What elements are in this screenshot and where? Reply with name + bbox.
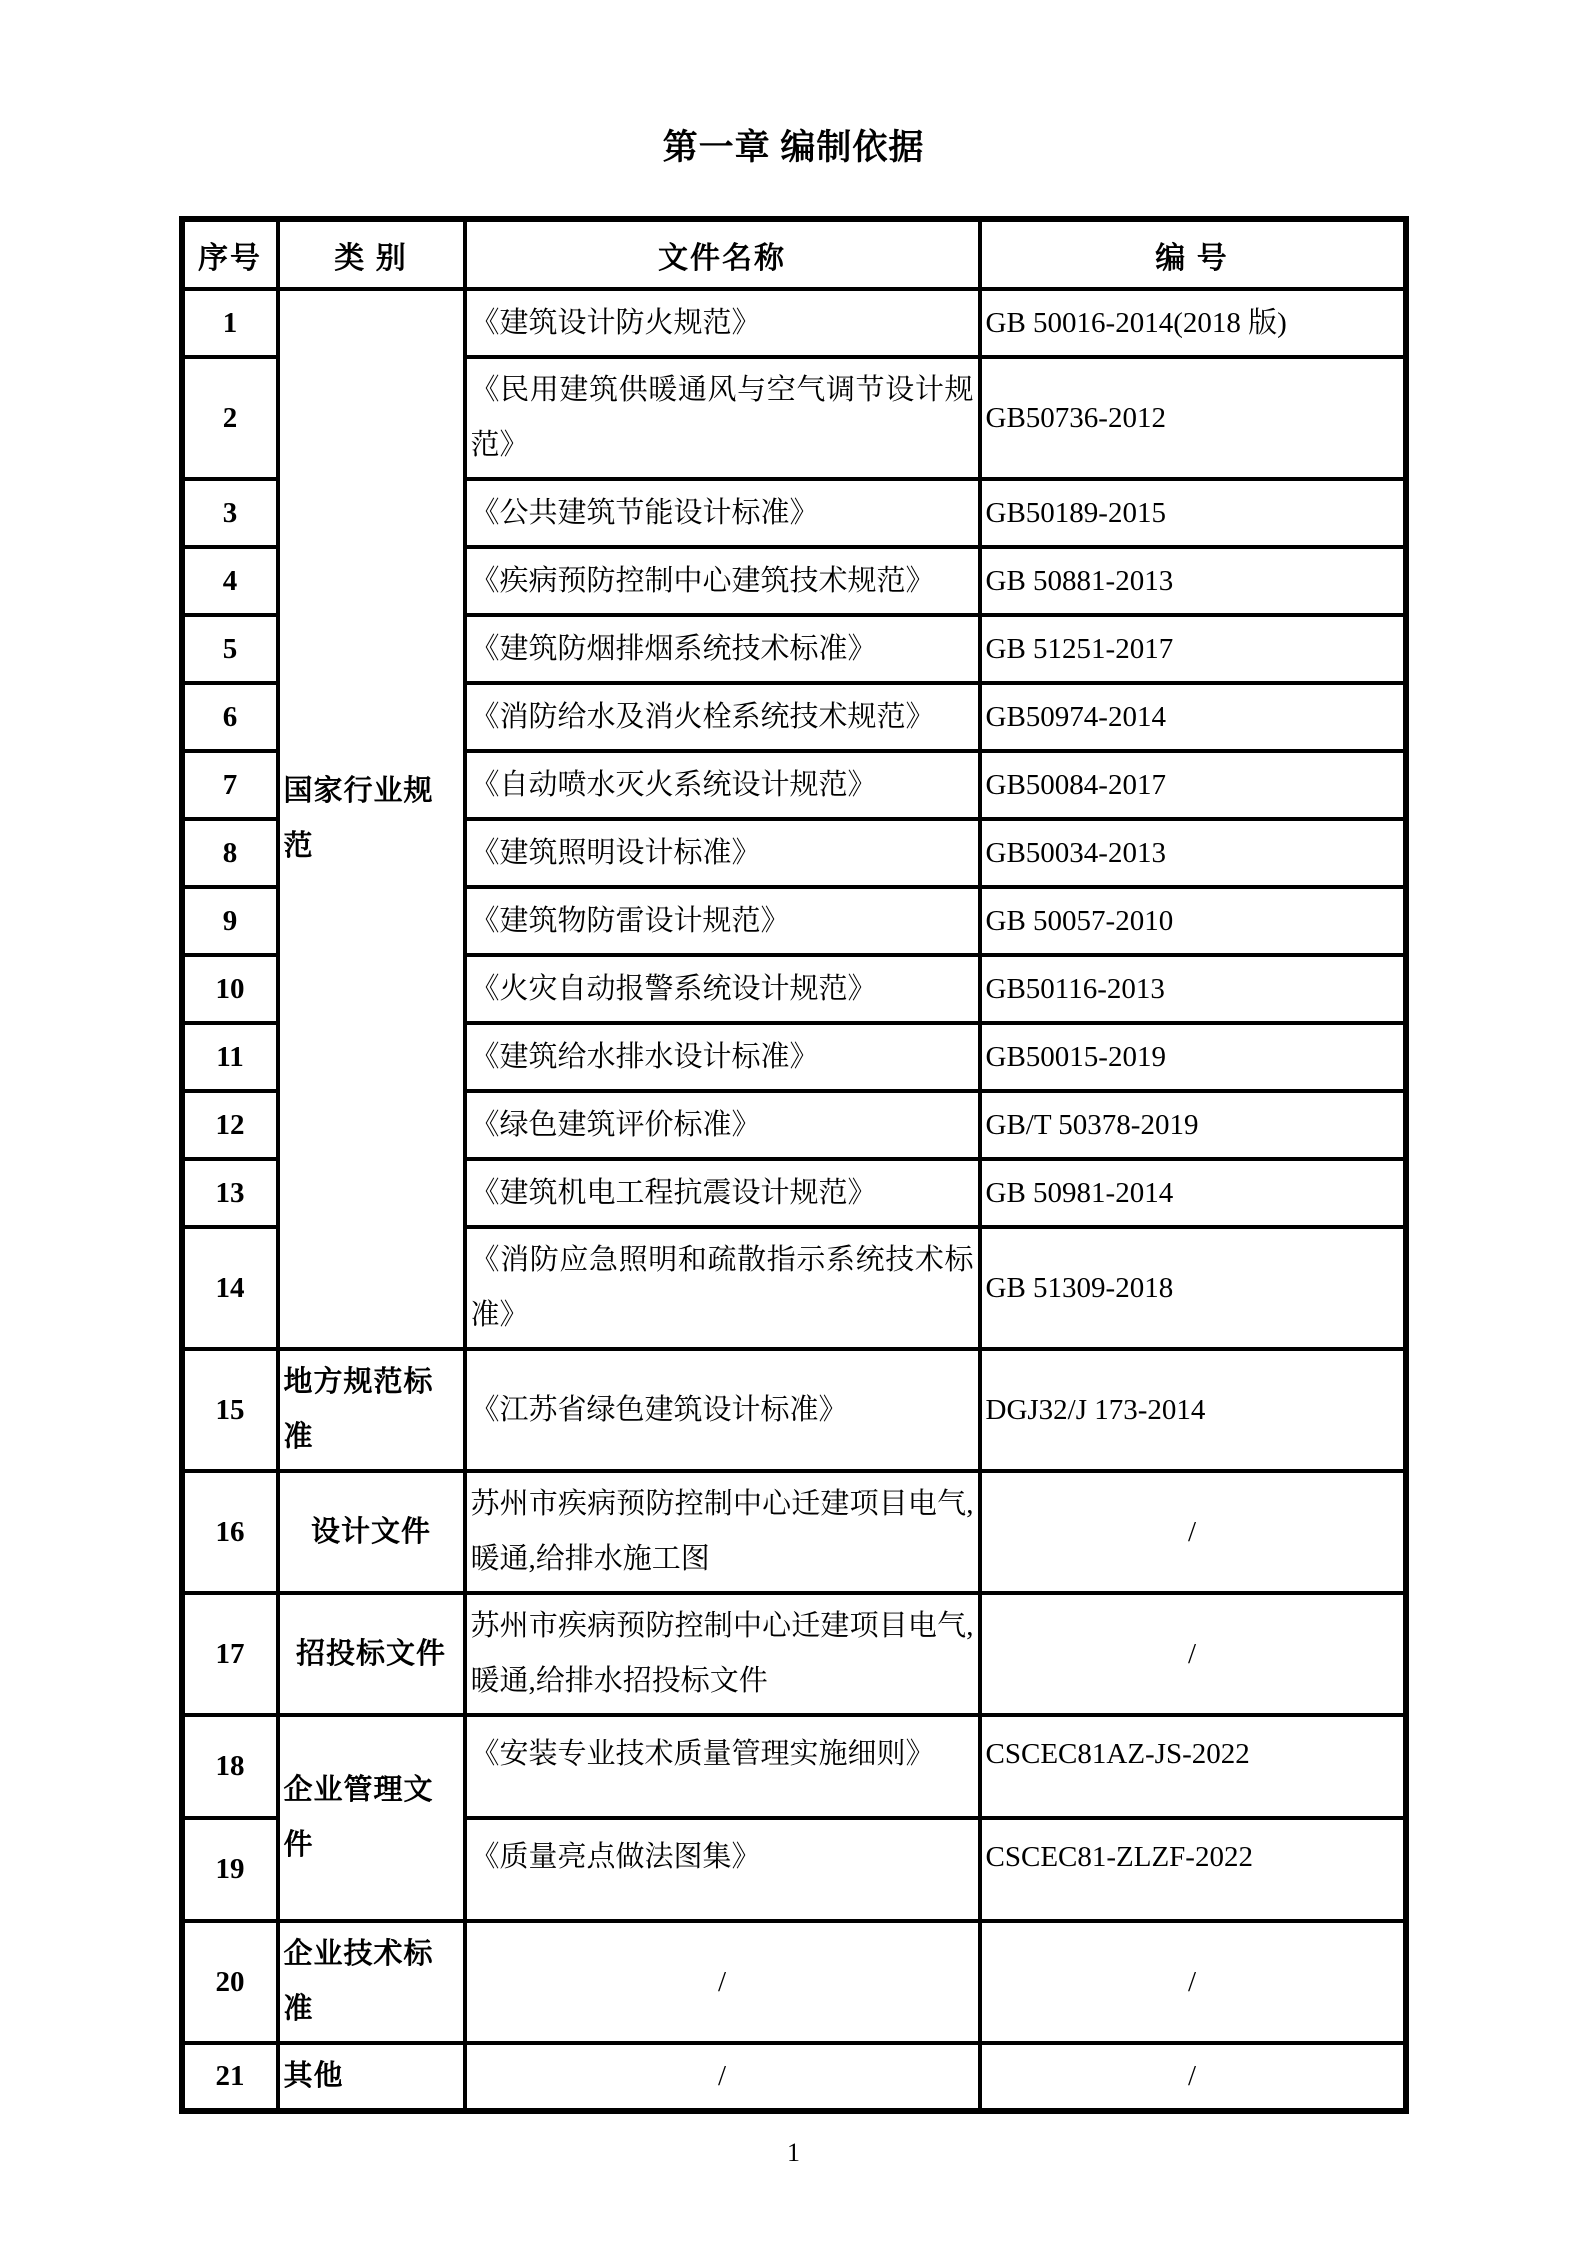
row-number-cell: 14 — [182, 1227, 278, 1349]
code-cell: / — [980, 2043, 1406, 2111]
code-cell: GB50189-2015 — [980, 479, 1406, 547]
row-number-cell: 15 — [182, 1349, 278, 1471]
file-name-cell: / — [465, 1921, 980, 2043]
row-number-cell: 2 — [182, 357, 278, 479]
table-row: 18企业管理文件《安装专业技术质量管理实施细则》CSCEC81AZ-JS-202… — [182, 1715, 1406, 1818]
table-row: 17招投标文件苏州市疾病预防控制中心迁建项目电气,暖通,给排水招投标文件/ — [182, 1593, 1406, 1715]
code-cell: GB50736-2012 — [980, 357, 1406, 479]
chapter-title: 第一章 编制依据 — [0, 0, 1587, 170]
file-name-cell: 《消防给水及消火栓系统技术规范》 — [465, 683, 980, 751]
code-cell: GB 50016-2014(2018 版) — [980, 289, 1406, 357]
file-name-cell: 《建筑物防雷设计规范》 — [465, 887, 980, 955]
row-number-cell: 12 — [182, 1091, 278, 1159]
row-number-cell: 11 — [182, 1023, 278, 1091]
file-name-cell: 《安装专业技术质量管理实施细则》 — [465, 1715, 980, 1818]
row-number-cell: 16 — [182, 1471, 278, 1593]
file-name-cell: 《民用建筑供暖通风与空气调节设计规范》 — [465, 357, 980, 479]
row-number-cell: 8 — [182, 819, 278, 887]
code-cell: / — [980, 1471, 1406, 1593]
code-cell: GB 50881-2013 — [980, 547, 1406, 615]
code-cell: / — [980, 1921, 1406, 2043]
header-no: 序号 — [182, 219, 278, 289]
row-number-cell: 21 — [182, 2043, 278, 2111]
file-name-cell: 《建筑防烟排烟系统技术标准》 — [465, 615, 980, 683]
row-number-cell: 20 — [182, 1921, 278, 2043]
file-name-cell: 《质量亮点做法图集》 — [465, 1818, 980, 1921]
row-number-cell: 1 — [182, 289, 278, 357]
file-name-cell: 苏州市疾病预防控制中心迁建项目电气,暖通,给排水招投标文件 — [465, 1593, 980, 1715]
file-name-cell: 《绿色建筑评价标准》 — [465, 1091, 980, 1159]
row-number-cell: 18 — [182, 1715, 278, 1818]
file-name-cell: 《江苏省绿色建筑设计标准》 — [465, 1349, 980, 1471]
file-name-cell: 《建筑给水排水设计标准》 — [465, 1023, 980, 1091]
row-number-cell: 5 — [182, 615, 278, 683]
code-cell: GB50974-2014 — [980, 683, 1406, 751]
code-cell: GB50084-2017 — [980, 751, 1406, 819]
category-cell: 企业管理文件 — [278, 1715, 465, 1921]
category-cell: 国家行业规范 — [278, 289, 465, 1349]
code-cell: CSCEC81AZ-JS-2022 — [980, 1715, 1406, 1818]
code-cell: GB50116-2013 — [980, 955, 1406, 1023]
code-cell: GB50015-2019 — [980, 1023, 1406, 1091]
code-cell: GB50034-2013 — [980, 819, 1406, 887]
row-number-cell: 3 — [182, 479, 278, 547]
row-number-cell: 19 — [182, 1818, 278, 1921]
table-row: 20企业技术标准// — [182, 1921, 1406, 2043]
file-name-cell: 《公共建筑节能设计标准》 — [465, 479, 980, 547]
row-number-cell: 6 — [182, 683, 278, 751]
row-number-cell: 9 — [182, 887, 278, 955]
code-cell: GB 50057-2010 — [980, 887, 1406, 955]
file-name-cell: 苏州市疾病预防控制中心迁建项目电气,暖通,给排水施工图 — [465, 1471, 980, 1593]
category-cell: 招投标文件 — [278, 1593, 465, 1715]
row-number-cell: 7 — [182, 751, 278, 819]
header-code: 编 号 — [980, 219, 1406, 289]
code-cell: DGJ32/J 173-2014 — [980, 1349, 1406, 1471]
table-row: 16设计文件苏州市疾病预防控制中心迁建项目电气,暖通,给排水施工图/ — [182, 1471, 1406, 1593]
file-name-cell: 《建筑机电工程抗震设计规范》 — [465, 1159, 980, 1227]
page-number: 1 — [0, 2138, 1587, 2168]
row-number-cell: 17 — [182, 1593, 278, 1715]
table-row: 21其他// — [182, 2043, 1406, 2111]
file-name-cell: 《消防应急照明和疏散指示系统技术标准》 — [465, 1227, 980, 1349]
code-cell: GB 51309-2018 — [980, 1227, 1406, 1349]
category-cell: 设计文件 — [278, 1471, 465, 1593]
category-cell: 其他 — [278, 2043, 465, 2111]
code-cell: GB 51251-2017 — [980, 615, 1406, 683]
code-cell: GB 50981-2014 — [980, 1159, 1406, 1227]
row-number-cell: 13 — [182, 1159, 278, 1227]
table-header-row: 序号 类 别 文件名称 编 号 — [182, 219, 1406, 289]
basis-table: 序号 类 别 文件名称 编 号 1国家行业规范《建筑设计防火规范》GB 5001… — [179, 216, 1409, 2114]
row-number-cell: 10 — [182, 955, 278, 1023]
header-file-name: 文件名称 — [465, 219, 980, 289]
code-cell: GB/T 50378-2019 — [980, 1091, 1406, 1159]
table-row: 15地方规范标准《江苏省绿色建筑设计标准》DGJ32/J 173-2014 — [182, 1349, 1406, 1471]
category-cell: 企业技术标准 — [278, 1921, 465, 2043]
file-name-cell: 《建筑照明设计标准》 — [465, 819, 980, 887]
category-cell: 地方规范标准 — [278, 1349, 465, 1471]
file-name-cell: / — [465, 2043, 980, 2111]
table-row: 1国家行业规范《建筑设计防火规范》GB 50016-2014(2018 版) — [182, 289, 1406, 357]
file-name-cell: 《自动喷水灭火系统设计规范》 — [465, 751, 980, 819]
code-cell: CSCEC81-ZLZF-2022 — [980, 1818, 1406, 1921]
file-name-cell: 《火灾自动报警系统设计规范》 — [465, 955, 980, 1023]
header-category: 类 别 — [278, 219, 465, 289]
file-name-cell: 《建筑设计防火规范》 — [465, 289, 980, 357]
file-name-cell: 《疾病预防控制中心建筑技术规范》 — [465, 547, 980, 615]
table-body: 1国家行业规范《建筑设计防火规范》GB 50016-2014(2018 版)2《… — [182, 289, 1406, 2111]
document-page: 第一章 编制依据 序号 类 别 文件名称 编 号 1国家行业规范《建筑设计防火规… — [0, 0, 1587, 2245]
row-number-cell: 4 — [182, 547, 278, 615]
code-cell: / — [980, 1593, 1406, 1715]
